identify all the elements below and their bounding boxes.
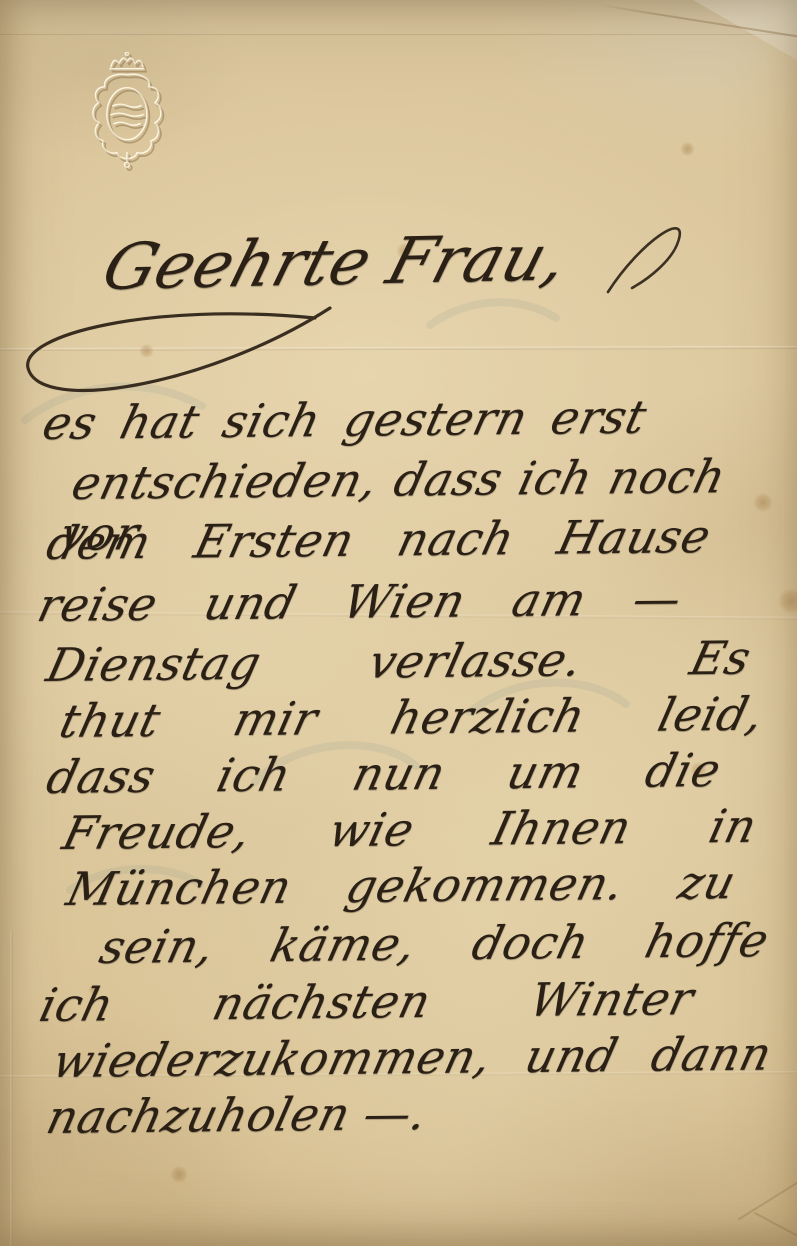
- body-line: wiederzukommen, und dann: [48, 1029, 777, 1087]
- body-line: reise und Wien am —: [33, 573, 687, 630]
- body-line: dass ich nun um die: [42, 745, 726, 803]
- fold-crease: [10, 930, 13, 1246]
- stain-spot: [753, 493, 773, 512]
- letter-page: Geehrte Frau, es hat sich gestern erst e…: [0, 0, 797, 1246]
- body-line: dem Ersten nach Hause: [42, 511, 716, 569]
- salutation: Geehrte Frau,: [96, 226, 574, 300]
- stain-spot: [778, 588, 797, 614]
- corner-crease: [738, 1182, 797, 1221]
- body-line: es hat sich gestern erst: [38, 392, 652, 449]
- body-line: München gekommen. zu: [62, 857, 741, 915]
- top-edge-shading: [0, 0, 797, 35]
- body-line: Dienstag verlasse. Es: [42, 633, 756, 691]
- body-line: ich nächsten Winter: [35, 973, 699, 1030]
- stain-spot: [170, 1166, 188, 1183]
- body-line: Freude, wie Ihnen in: [58, 801, 762, 859]
- stain-spot: [680, 142, 695, 156]
- corner-fold-crease: [596, 4, 797, 39]
- body-line: nachzuholen —.: [42, 1087, 575, 1143]
- embossed-crown-crest-icon: [82, 52, 174, 172]
- corner-fold: [597, 0, 797, 60]
- corner-crease: [754, 1212, 797, 1242]
- stain-spot: [139, 344, 154, 358]
- fold-crease: [0, 346, 797, 351]
- body-line: thut mir herzlich leid,: [55, 689, 769, 747]
- body-line: sein, käme, doch hoffe: [95, 915, 774, 973]
